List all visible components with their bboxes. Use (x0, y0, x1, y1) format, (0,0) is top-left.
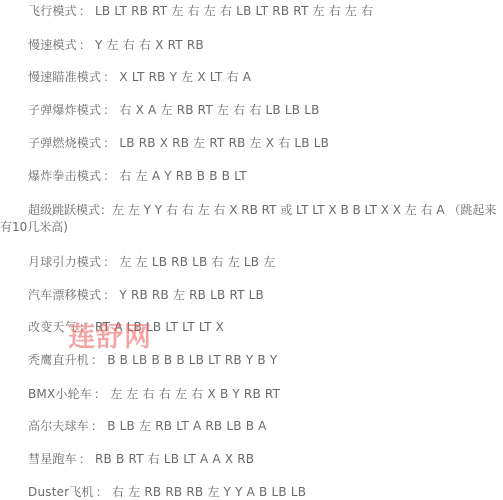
separator: ： (79, 4, 91, 18)
cheat-code: Y RB RB 左 RB LB RT LB (119, 288, 264, 302)
cheat-code: 右 X A 左 RB RT 左 右 右 LB LB LB (119, 103, 319, 117)
cheat-code: RT A LB LB LT LT LT X (95, 320, 224, 334)
separator: ： (79, 38, 91, 52)
separator: ： (94, 387, 106, 401)
separator: ： (91, 419, 103, 433)
separator: ： (103, 169, 115, 183)
cheat-line-super-jump: 超级跳跃模式：左 左 Y Y 右 右 左 右 X RB RT 或 LT LT X… (0, 202, 500, 236)
cheat-label: BMX小轮车 (28, 387, 92, 401)
cheat-label: 超级跳跃模式 (28, 203, 100, 217)
cheat-line-car-drift: 汽车漂移模式：Y RB RB 左 RB LB RT LB (28, 287, 264, 303)
cheat-code: 左 左 右 右 左 右 X B Y RB RT (110, 387, 280, 401)
cheat-code: X LT RB Y 左 X LT 右 A (119, 70, 251, 84)
cheat-line-comet-car: 彗星跑车：RB B RT 右 LB LT A A X RB (28, 451, 254, 467)
cheat-label: 飞行模式 (28, 4, 77, 18)
cheat-line-flight: 飞行模式：LB LT RB RT 左 右 左 右 LB LT RB RT 左 右… (28, 3, 373, 19)
cheat-label: 彗星跑车 (28, 452, 77, 466)
cheat-label: 改变天气 (28, 320, 77, 334)
cheat-code: RB B RT 右 LB LT A A X RB (95, 452, 254, 466)
cheat-code: B B LB B B B LB LT RB Y B Y (107, 353, 277, 367)
cheat-label: 子弹燃烧模式 (28, 136, 101, 150)
separator: ： (103, 136, 115, 150)
cheat-label: 慢速瞄准模式 (28, 70, 101, 84)
cheat-line-buzzard-helicopter: 秃鹰直升机：B B LB B B B LB LT RB Y B Y (28, 352, 277, 368)
cheat-label: 汽车漂移模式 (28, 288, 101, 302)
cheat-label: 月球引力模式 (28, 255, 101, 269)
cheat-code: B LB 左 RB LT A RB LB B A (107, 419, 266, 433)
separator: ： (79, 320, 91, 334)
cheat-line-slow-aim: 慢速瞄准模式：X LT RB Y 左 X LT 右 A (28, 69, 251, 85)
cheat-line-explosive-punch: 爆炸拳击模式：右 左 A Y RB B B B LT (28, 168, 247, 184)
cheat-code: Y 左 右 右 X RT RB (95, 38, 204, 52)
cheat-code: LB RB X RB 左 RT RB 左 X 右 LB LB (119, 136, 329, 150)
cheat-line-explosive-bullets: 子弹爆炸模式：右 X A 左 RB RT 左 右 右 LB LB LB (28, 102, 320, 118)
separator: ： (79, 452, 91, 466)
cheat-label: 秃鹰直升机 (28, 353, 89, 367)
separator: ： (103, 288, 115, 302)
cheat-line-duster-plane: Duster飞机：右 左 RB RB RB 左 Y Y A B LB LB (28, 484, 306, 500)
cheat-code: 右 左 RB RB RB 左 Y Y A B LB LB (112, 485, 306, 499)
cheat-code: 右 左 A Y RB B B B LT (119, 169, 247, 183)
cheat-line-change-weather: 改变天气：RT A LB LB LT LT LT X (28, 319, 224, 335)
cheat-label: 高尔夫球车 (28, 419, 89, 433)
cheat-label: 爆炸拳击模式 (28, 169, 101, 183)
cheat-code: 左 左 LB RB LB 右 左 LB 左 (119, 255, 275, 269)
separator: ： (100, 203, 112, 217)
cheat-label: Duster飞机 (28, 485, 94, 499)
cheat-line-flaming-bullets: 子弹燃烧模式：LB RB X RB 左 RT RB 左 X 右 LB LB (28, 135, 329, 151)
cheat-line-slow-motion: 慢速模式：Y 左 右 右 X RT RB (28, 37, 204, 53)
cheat-line-golf-cart: 高尔夫球车：B LB 左 RB LT A RB LB B A (28, 418, 267, 434)
cheat-label: 子弹爆炸模式 (28, 103, 101, 117)
cheat-line-moon-gravity: 月球引力模式：左 左 LB RB LB 右 左 LB 左 (28, 254, 275, 270)
separator: ： (103, 103, 115, 117)
separator: ： (103, 70, 115, 84)
separator: ： (96, 485, 108, 499)
cheat-line-bmx: BMX小轮车：左 左 右 右 左 右 X B Y RB RT (28, 386, 280, 402)
separator: ： (103, 255, 115, 269)
cheat-code: LB LT RB RT 左 右 左 右 LB LT RB RT 左 右 左 右 (95, 4, 373, 18)
cheat-label: 慢速模式 (28, 38, 77, 52)
separator: ： (91, 353, 103, 367)
